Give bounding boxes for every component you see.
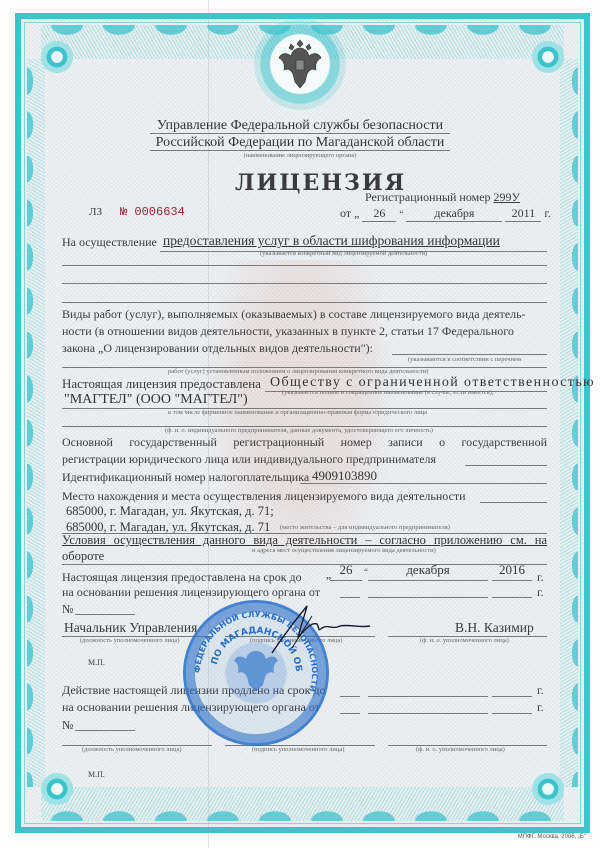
term-day: 26: [330, 562, 362, 578]
serial-number: № 0006634: [120, 205, 185, 219]
decision-number-label: №: [62, 602, 73, 617]
inn-value: 4909103890: [312, 468, 377, 484]
licensee-name-line-2: "МАГТЕЛ" (ООО "МАГТЕЛ"): [64, 392, 248, 408]
ornamental-border-left: [27, 59, 45, 787]
conditions-text-2: обороте: [62, 549, 104, 564]
activity-label: На осуществление: [62, 235, 157, 250]
extension-number-label: №: [62, 718, 73, 733]
corner-rosette-icon: [41, 41, 73, 73]
corner-rosette-icon: [532, 41, 564, 73]
issuer-line-1: Управление Федеральной службы безопаснос…: [0, 118, 600, 134]
coat-of-arms-icon: [254, 18, 346, 110]
term-year: 2016: [492, 562, 532, 578]
conditions-text: Условия осуществления данного вида деяте…: [62, 533, 547, 548]
licensee-caption-3: (ф. и. о. индивидуального предпринимател…: [165, 427, 433, 434]
inn-label: Идентификационный номер налогоплательщик…: [62, 470, 309, 485]
licensee-caption-1: (указывается полное и сокращенное наимен…: [282, 389, 494, 396]
licensee-label: Настоящая лицензия предоставлена: [62, 376, 261, 392]
work-types-line-1: Виды работ (услуг), выполняемых (оказыва…: [62, 307, 526, 322]
issuer-line-2: Российской Федерации по Магаданской обла…: [0, 135, 600, 151]
ogrn-line-2: регистрации юридического лица или индиви…: [62, 452, 436, 467]
address-line-1: 685000, г. Магадан, ул. Якутская, д. 71;: [66, 504, 274, 519]
work-types-caption-2: работ (услуг) установленным положением о…: [168, 368, 428, 375]
location-caption-1: (место жительства – для индивидуального …: [280, 524, 450, 531]
work-types-line-2: ности (в отношении видов деятельности, у…: [62, 324, 514, 339]
issuer-caption: (наименование лицензирующего органа): [0, 152, 600, 159]
location-label: Место нахождения и места осуществления л…: [62, 489, 466, 504]
work-types-line-3: закона „О лицензировании отдельных видов…: [62, 341, 373, 356]
signatory-position: Начальник Управления: [64, 620, 197, 636]
extension-seal-label: М.П.: [88, 770, 105, 779]
registration-number: Регистрационный номер 299У: [365, 190, 520, 205]
corner-rosette-icon: [41, 773, 73, 805]
activity-value: предоставления услуг в области шифровани…: [163, 233, 500, 249]
term-label: Настоящая лицензия предоставлена на срок…: [62, 570, 302, 585]
work-types-caption-1: (указываются в соответствии с перечнем: [408, 356, 521, 363]
serial-prefix: ЛЗ: [89, 206, 102, 218]
term-month: декабря: [368, 562, 488, 578]
printer-footer: МПФГ, Москва, 2006, „Б": [518, 834, 586, 840]
licensee-caption-2: в том числе фирменное наименование и орг…: [168, 409, 427, 416]
issue-date: от „ 26 “ декабря 2011 г.: [340, 206, 551, 222]
term-suffix: г.: [537, 570, 544, 585]
location-caption-2: и адреса мест осуществления лицензируемо…: [252, 547, 436, 554]
signature: [262, 598, 372, 658]
ornamental-border-right: [560, 59, 578, 787]
ornamental-border-bottom: [41, 787, 564, 821]
seal-label: М.П.: [88, 658, 105, 667]
signatory-name: В.Н. Казимир: [455, 620, 534, 636]
activity-caption: (указывается конкретный вид лицензируемо…: [260, 250, 427, 257]
ogrn-line-1: Основной государственный регистрационный…: [62, 435, 547, 450]
corner-rosette-icon: [532, 773, 564, 805]
